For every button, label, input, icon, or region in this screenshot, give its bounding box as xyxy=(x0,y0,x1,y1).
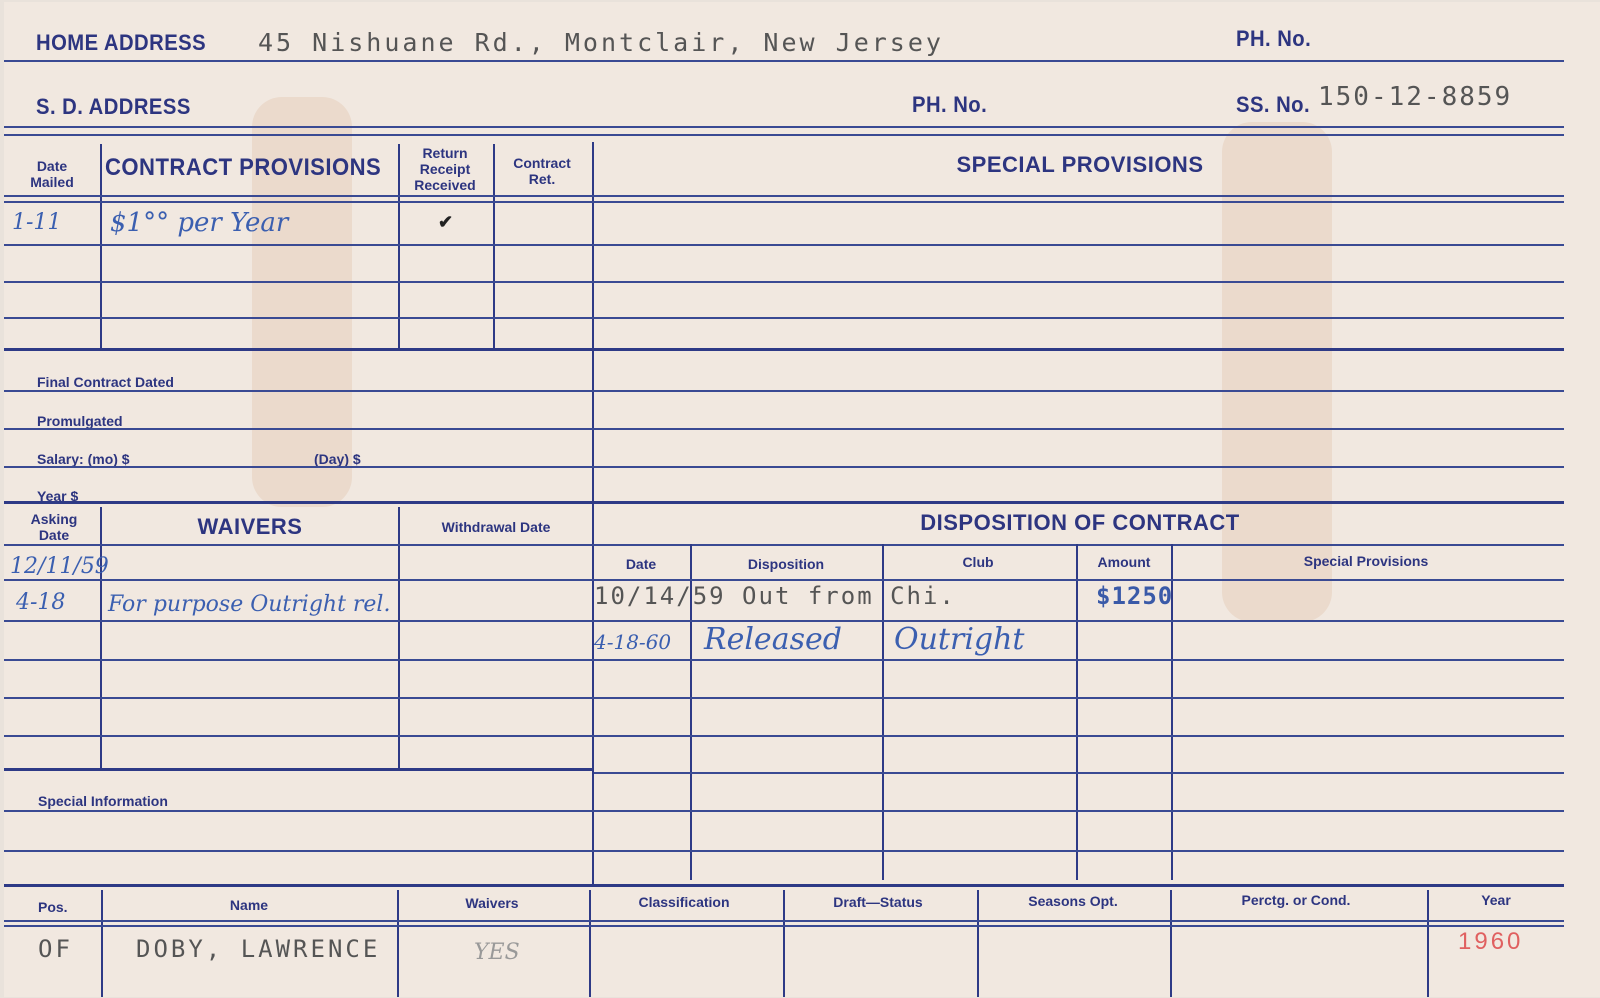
col-line xyxy=(589,890,591,997)
waivers-header: Waivers xyxy=(465,895,518,911)
return-receipt-check: ✔ xyxy=(438,212,453,233)
classification-header: Classification xyxy=(638,894,729,910)
divider xyxy=(4,428,1564,430)
disposition-date-value: 4-18-60 xyxy=(594,630,671,654)
disposition-header: Disposition xyxy=(748,556,824,572)
disposition-title: DISPOSITION OF CONTRACT xyxy=(920,510,1240,536)
name-header: Name xyxy=(230,897,268,913)
divider xyxy=(4,195,1564,197)
contract-provision-value: $1°° per Year xyxy=(110,208,288,238)
col-line xyxy=(977,890,979,997)
contract-ret-header: Contract Ret. xyxy=(502,155,582,187)
disposition-date-header: Date xyxy=(626,556,656,572)
divider xyxy=(4,768,594,771)
year-value: 1960 xyxy=(1458,928,1523,956)
col-line xyxy=(100,507,102,769)
salary-day-label: (Day) $ xyxy=(314,451,361,467)
date-mailed-value: 1-11 xyxy=(12,210,61,235)
salary-mo-label: Salary: (mo) $ xyxy=(37,451,130,467)
col-line xyxy=(397,890,399,997)
stain-right xyxy=(1222,122,1332,622)
divider xyxy=(594,772,1564,774)
ss-label: SS. No. xyxy=(1236,92,1310,118)
return-receipt-header: Return Receipt Received xyxy=(405,145,485,193)
contract-card: HOME ADDRESS 45 Nishuane Rd., Montclair,… xyxy=(4,2,1600,997)
seasons-opt-header: Seasons Opt. xyxy=(1028,893,1117,909)
divider xyxy=(4,126,1564,128)
divider xyxy=(4,925,1564,927)
draft-status-header: Draft—Status xyxy=(833,894,922,910)
special-provisions-title: SPECIAL PROVISIONS xyxy=(957,152,1204,178)
col-line xyxy=(592,142,594,887)
pos-header: Pos. xyxy=(38,899,68,915)
amount-value: $1250 xyxy=(1096,582,1173,610)
ss-value: 150-12-8859 xyxy=(1318,82,1512,112)
col-line xyxy=(101,890,103,997)
waivers-title: WAIVERS xyxy=(198,514,303,540)
disposition-special-provisions-header: Special Provisions xyxy=(1304,553,1429,569)
col-line xyxy=(1170,890,1172,997)
waiver-value: For purpose Outright rel. xyxy=(108,592,390,617)
col-line xyxy=(398,507,400,769)
disposition-value: Released xyxy=(704,622,842,657)
divider xyxy=(4,544,1564,546)
final-contract-dated-label: Final Contract Dated xyxy=(37,374,174,390)
withdrawal-date-header: Withdrawal Date xyxy=(442,519,551,535)
col-line xyxy=(1427,890,1429,997)
asking-date-header: Asking Date xyxy=(24,511,84,543)
waivers-value: YES xyxy=(474,940,520,965)
divider xyxy=(4,348,1564,351)
special-information-label: Special Information xyxy=(38,793,168,809)
divider xyxy=(4,659,1564,661)
date-mailed-header: Date Mailed xyxy=(22,158,82,190)
amount-header: Amount xyxy=(1098,554,1151,570)
divider xyxy=(4,501,1564,504)
perctg-header: Perctg. or Cond. xyxy=(1242,892,1351,908)
asking-date-value: 12/11/59 xyxy=(10,554,109,579)
divider xyxy=(4,920,1564,922)
divider xyxy=(4,810,1564,812)
divider xyxy=(4,735,1564,737)
col-line xyxy=(783,890,785,997)
sd-address-label: S. D. ADDRESS xyxy=(36,94,191,120)
contract-provisions-title: CONTRACT PROVISIONS xyxy=(105,154,381,182)
divider xyxy=(4,579,1564,581)
divider xyxy=(4,850,1564,852)
home-address-value: 45 Nishuane Rd., Montclair, New Jersey xyxy=(258,28,944,57)
asking-date-value: 4-18 xyxy=(16,590,65,615)
divider xyxy=(4,281,1564,283)
divider xyxy=(4,317,1564,319)
divider xyxy=(4,60,1564,62)
divider xyxy=(4,390,1564,392)
divider xyxy=(4,244,1564,246)
club-value: Outright xyxy=(894,622,1025,657)
divider xyxy=(4,884,1564,887)
home-phone-label: PH. No. xyxy=(1236,26,1311,52)
year-header: Year xyxy=(1481,892,1511,908)
divider xyxy=(4,134,1564,136)
col-line xyxy=(1076,544,1078,880)
pos-value: OF xyxy=(38,935,73,963)
disposition-typed-entry: 10/14/59 Out from Chi. xyxy=(594,582,956,610)
club-header: Club xyxy=(962,554,993,570)
divider xyxy=(4,466,1564,468)
sd-phone-label: PH. No. xyxy=(912,92,987,118)
player-name: DOBY, LAWRENCE xyxy=(136,935,380,963)
home-address-label: HOME ADDRESS xyxy=(36,30,206,56)
divider xyxy=(4,697,1564,699)
divider xyxy=(4,201,1564,203)
promulgated-label: Promulgated xyxy=(37,413,123,429)
